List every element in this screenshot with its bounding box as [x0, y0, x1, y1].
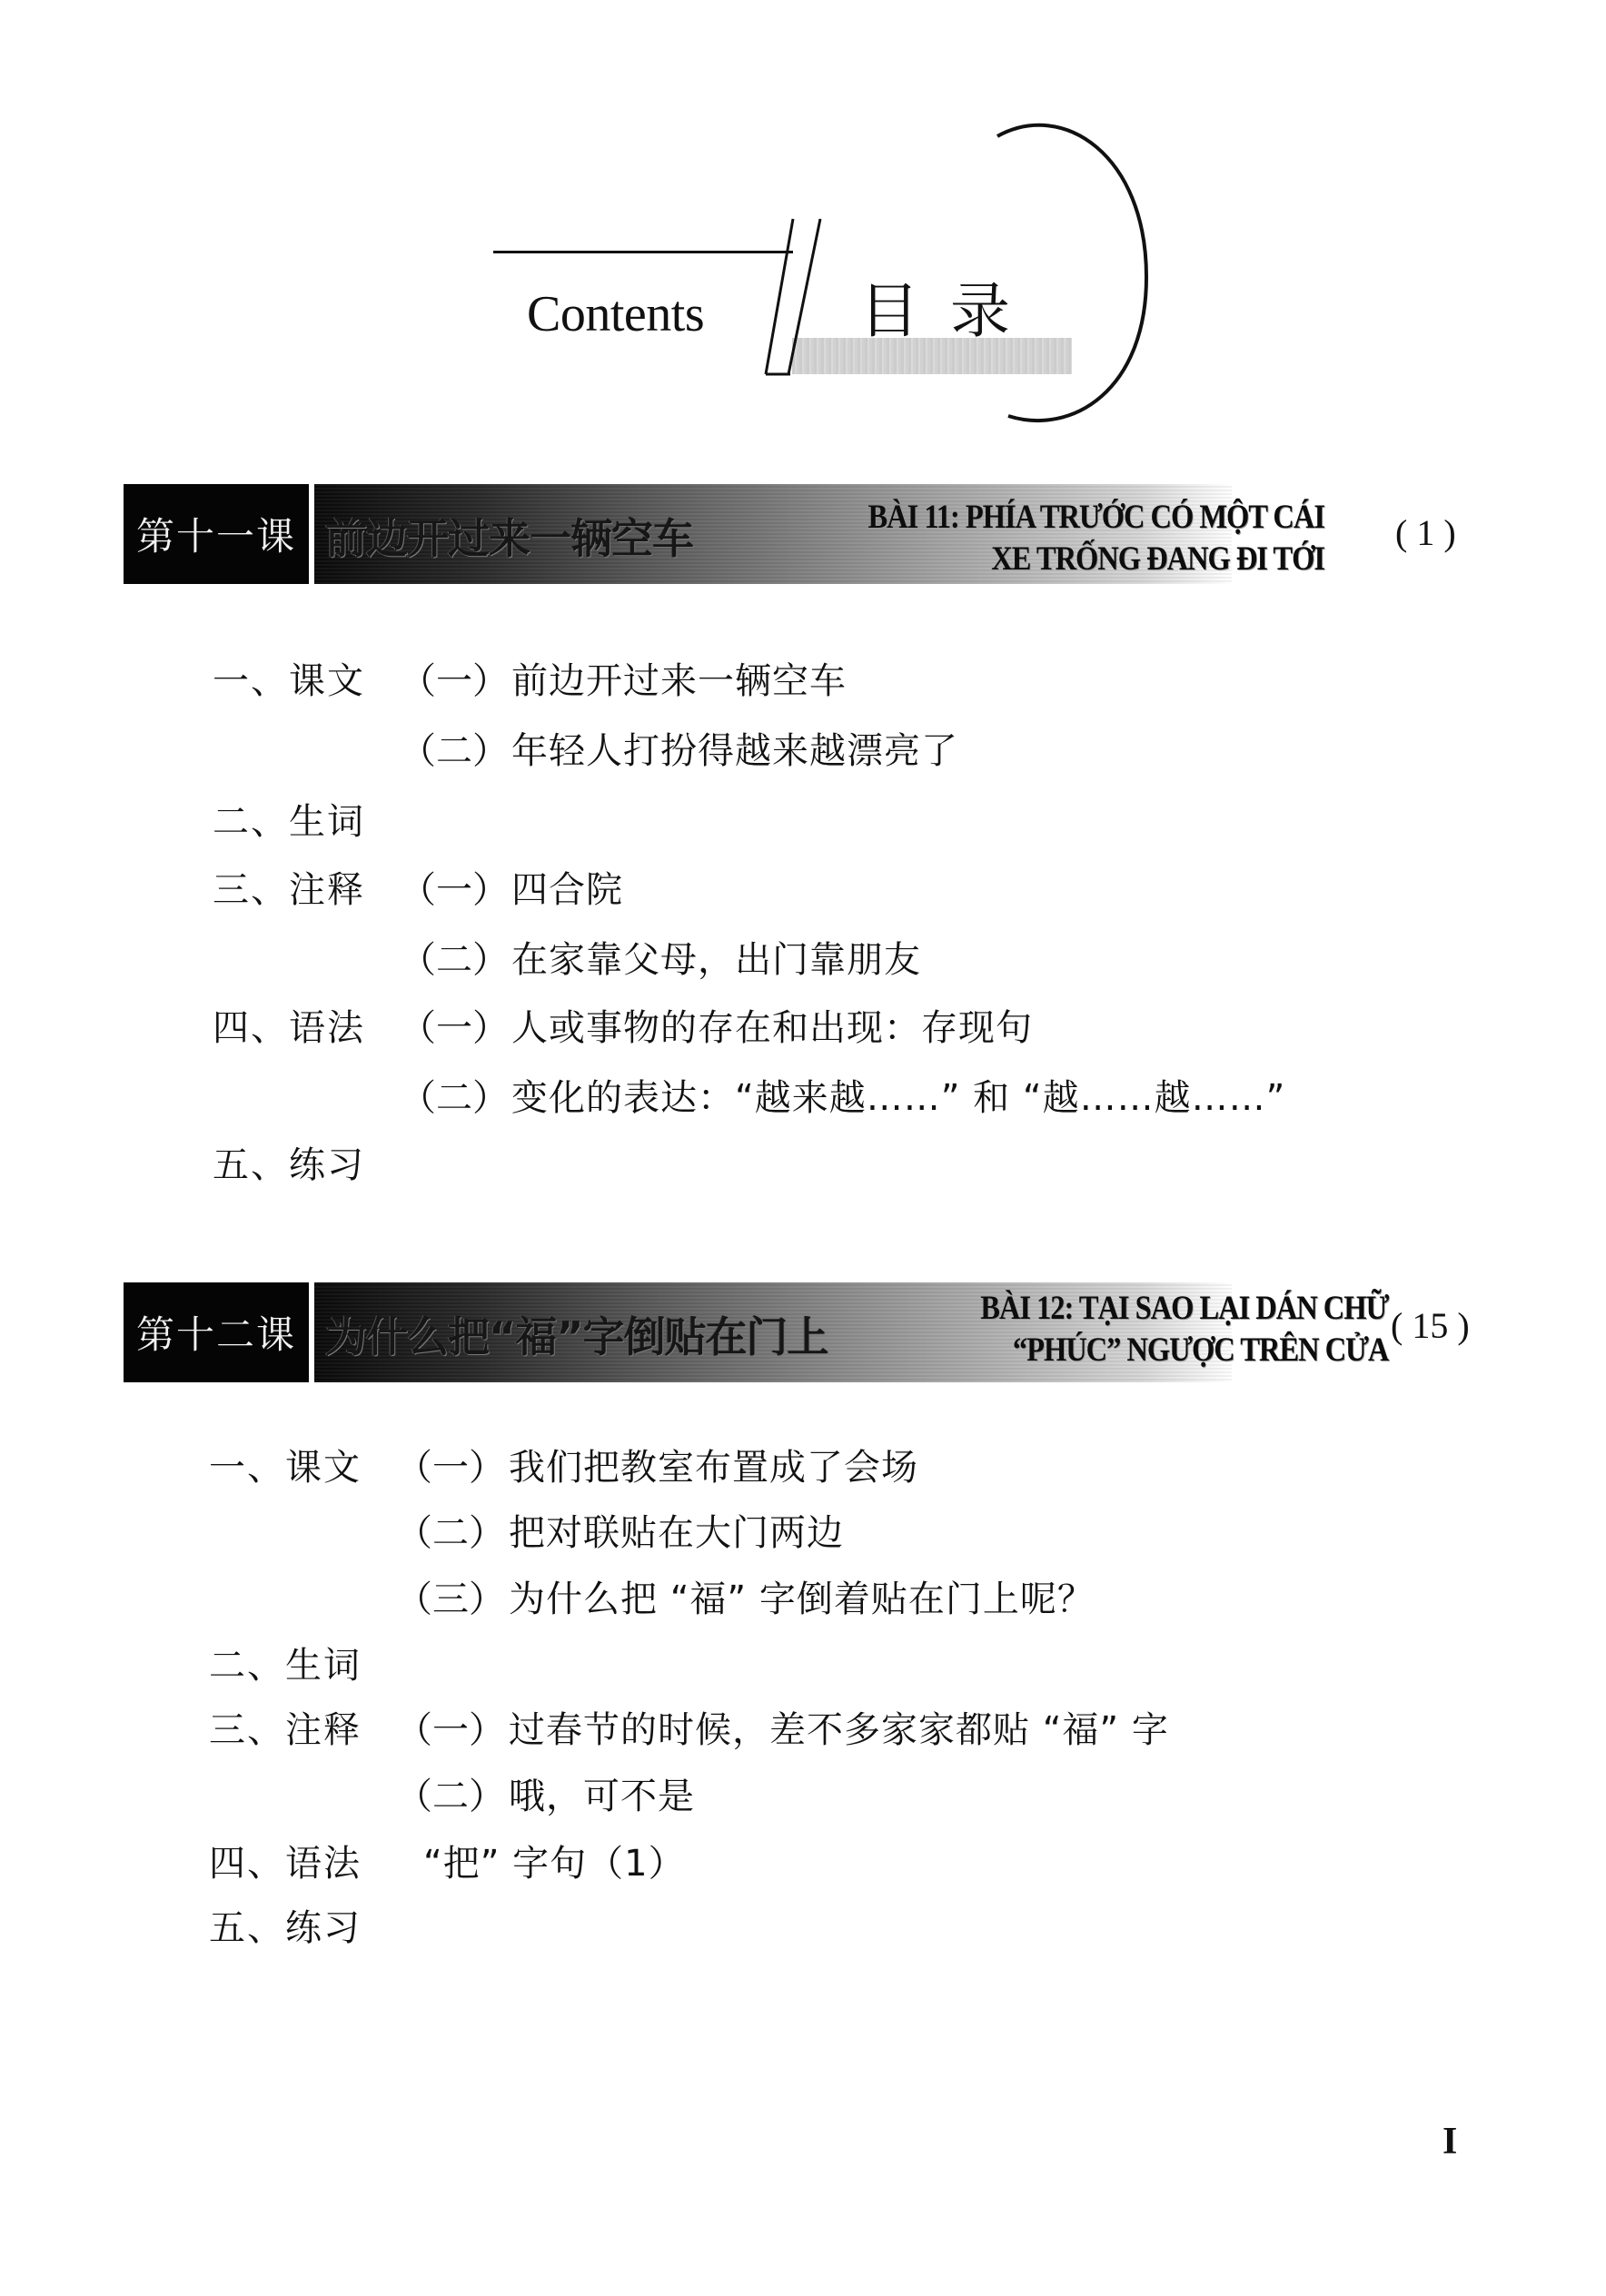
- section-label: 一、课文: [209, 1445, 362, 1490]
- section-label: 五、练习: [213, 1143, 365, 1188]
- entry-text: “把” 字句（1）: [423, 1841, 686, 1886]
- subsection-number: （一）: [396, 1445, 505, 1490]
- subsection-number: （三）: [396, 1577, 505, 1622]
- section-label: 二、生词: [209, 1643, 362, 1688]
- title-slash-and-arc-icon: [0, 0, 1606, 454]
- entry-text: 变化的表达：“越来越……” 和 “越……越……”: [511, 1075, 1285, 1121]
- section-label: 五、练习: [209, 1905, 362, 1951]
- entry-text: 哦，可不是: [509, 1774, 695, 1819]
- lesson-title-chinese: 前边开过来一辆空车: [325, 506, 693, 566]
- entry-text: 在家靠父母，出门靠朋友: [511, 937, 921, 983]
- subsection-number: （二）: [400, 728, 509, 774]
- subsection-number: （二）: [396, 1774, 505, 1819]
- subsection-number: （一）: [400, 1005, 509, 1051]
- title-chinese: 目录: [859, 282, 1041, 341]
- section-label: 二、生词: [213, 799, 365, 845]
- lesson-title-vietnamese: BÀI 11: PHÍA TRƯỚC CÓ MỘT CÁI XE TRỐNG Đ…: [868, 497, 1324, 580]
- lesson-title-vietnamese-line2: XE TRỐNG ĐANG ĐI TỚI: [868, 539, 1324, 580]
- entry-text: 前边开过来一辆空车: [511, 658, 847, 704]
- entry-text: 过春节的时候，差不多家家都贴 “福” 字: [509, 1707, 1169, 1753]
- contents-title-block: Contents 目录: [0, 0, 1606, 454]
- title-english: Contents: [527, 289, 704, 340]
- lesson-title-vietnamese: BÀI 12: TẠI SAO LẠI DÁN CHỮ “PHÚC” NGƯỢC…: [980, 1288, 1388, 1371]
- subsection-number: （二）: [400, 1075, 509, 1121]
- page-number: I: [1442, 2120, 1457, 2163]
- subsection-number: （一）: [396, 1707, 505, 1753]
- section-label: 三、注释: [213, 867, 365, 913]
- lesson-12-header[interactable]: 第十二课 为什么把“福”字倒贴在门上 BÀI 12: TẠI SAO LẠI D…: [124, 1282, 1541, 1382]
- subsection-number: （二）: [400, 937, 509, 983]
- subsection-number: （一）: [400, 867, 509, 913]
- lesson-title-vietnamese-line1: BÀI 11: PHÍA TRƯỚC CÓ MỘT CÁI: [868, 497, 1324, 539]
- lesson-page-ref[interactable]: ( 1 ): [1395, 511, 1456, 554]
- lesson-title-vietnamese-line2: “PHÚC” NGƯỢC TRÊN CỬA: [980, 1330, 1388, 1371]
- section-label: 一、课文: [213, 658, 365, 704]
- section-label: 四、语法: [209, 1841, 362, 1886]
- entry-text: 年轻人打扮得越来越漂亮了: [511, 728, 958, 774]
- entry-text: 人或事物的存在和出现：存现句: [511, 1005, 1033, 1051]
- section-label: 四、语法: [213, 1005, 365, 1051]
- entry-text: 四合院: [511, 867, 623, 913]
- section-label: 三、注释: [209, 1707, 362, 1753]
- entry-text: 把对联贴在大门两边: [509, 1510, 844, 1556]
- lesson-title-vietnamese-line1: BÀI 12: TẠI SAO LẠI DÁN CHỮ: [980, 1288, 1388, 1330]
- lesson-11-header[interactable]: 第十一课 前边开过来一辆空车 BÀI 11: PHÍA TRƯỚC CÓ MỘT…: [124, 484, 1541, 584]
- lesson-number-label: 第十二课: [124, 1282, 309, 1382]
- lesson-title-chinese: 为什么把“福”字倒贴在门上: [325, 1304, 828, 1364]
- entry-text: 我们把教室布置成了会场: [509, 1445, 918, 1490]
- subsection-number: （二）: [396, 1510, 505, 1556]
- lesson-number-label: 第十一课: [124, 484, 309, 584]
- subsection-number: （一）: [400, 658, 509, 704]
- lesson-page-ref[interactable]: ( 15 ): [1391, 1304, 1470, 1347]
- entry-text: 为什么把 “福” 字倒着贴在门上呢？: [509, 1577, 1095, 1622]
